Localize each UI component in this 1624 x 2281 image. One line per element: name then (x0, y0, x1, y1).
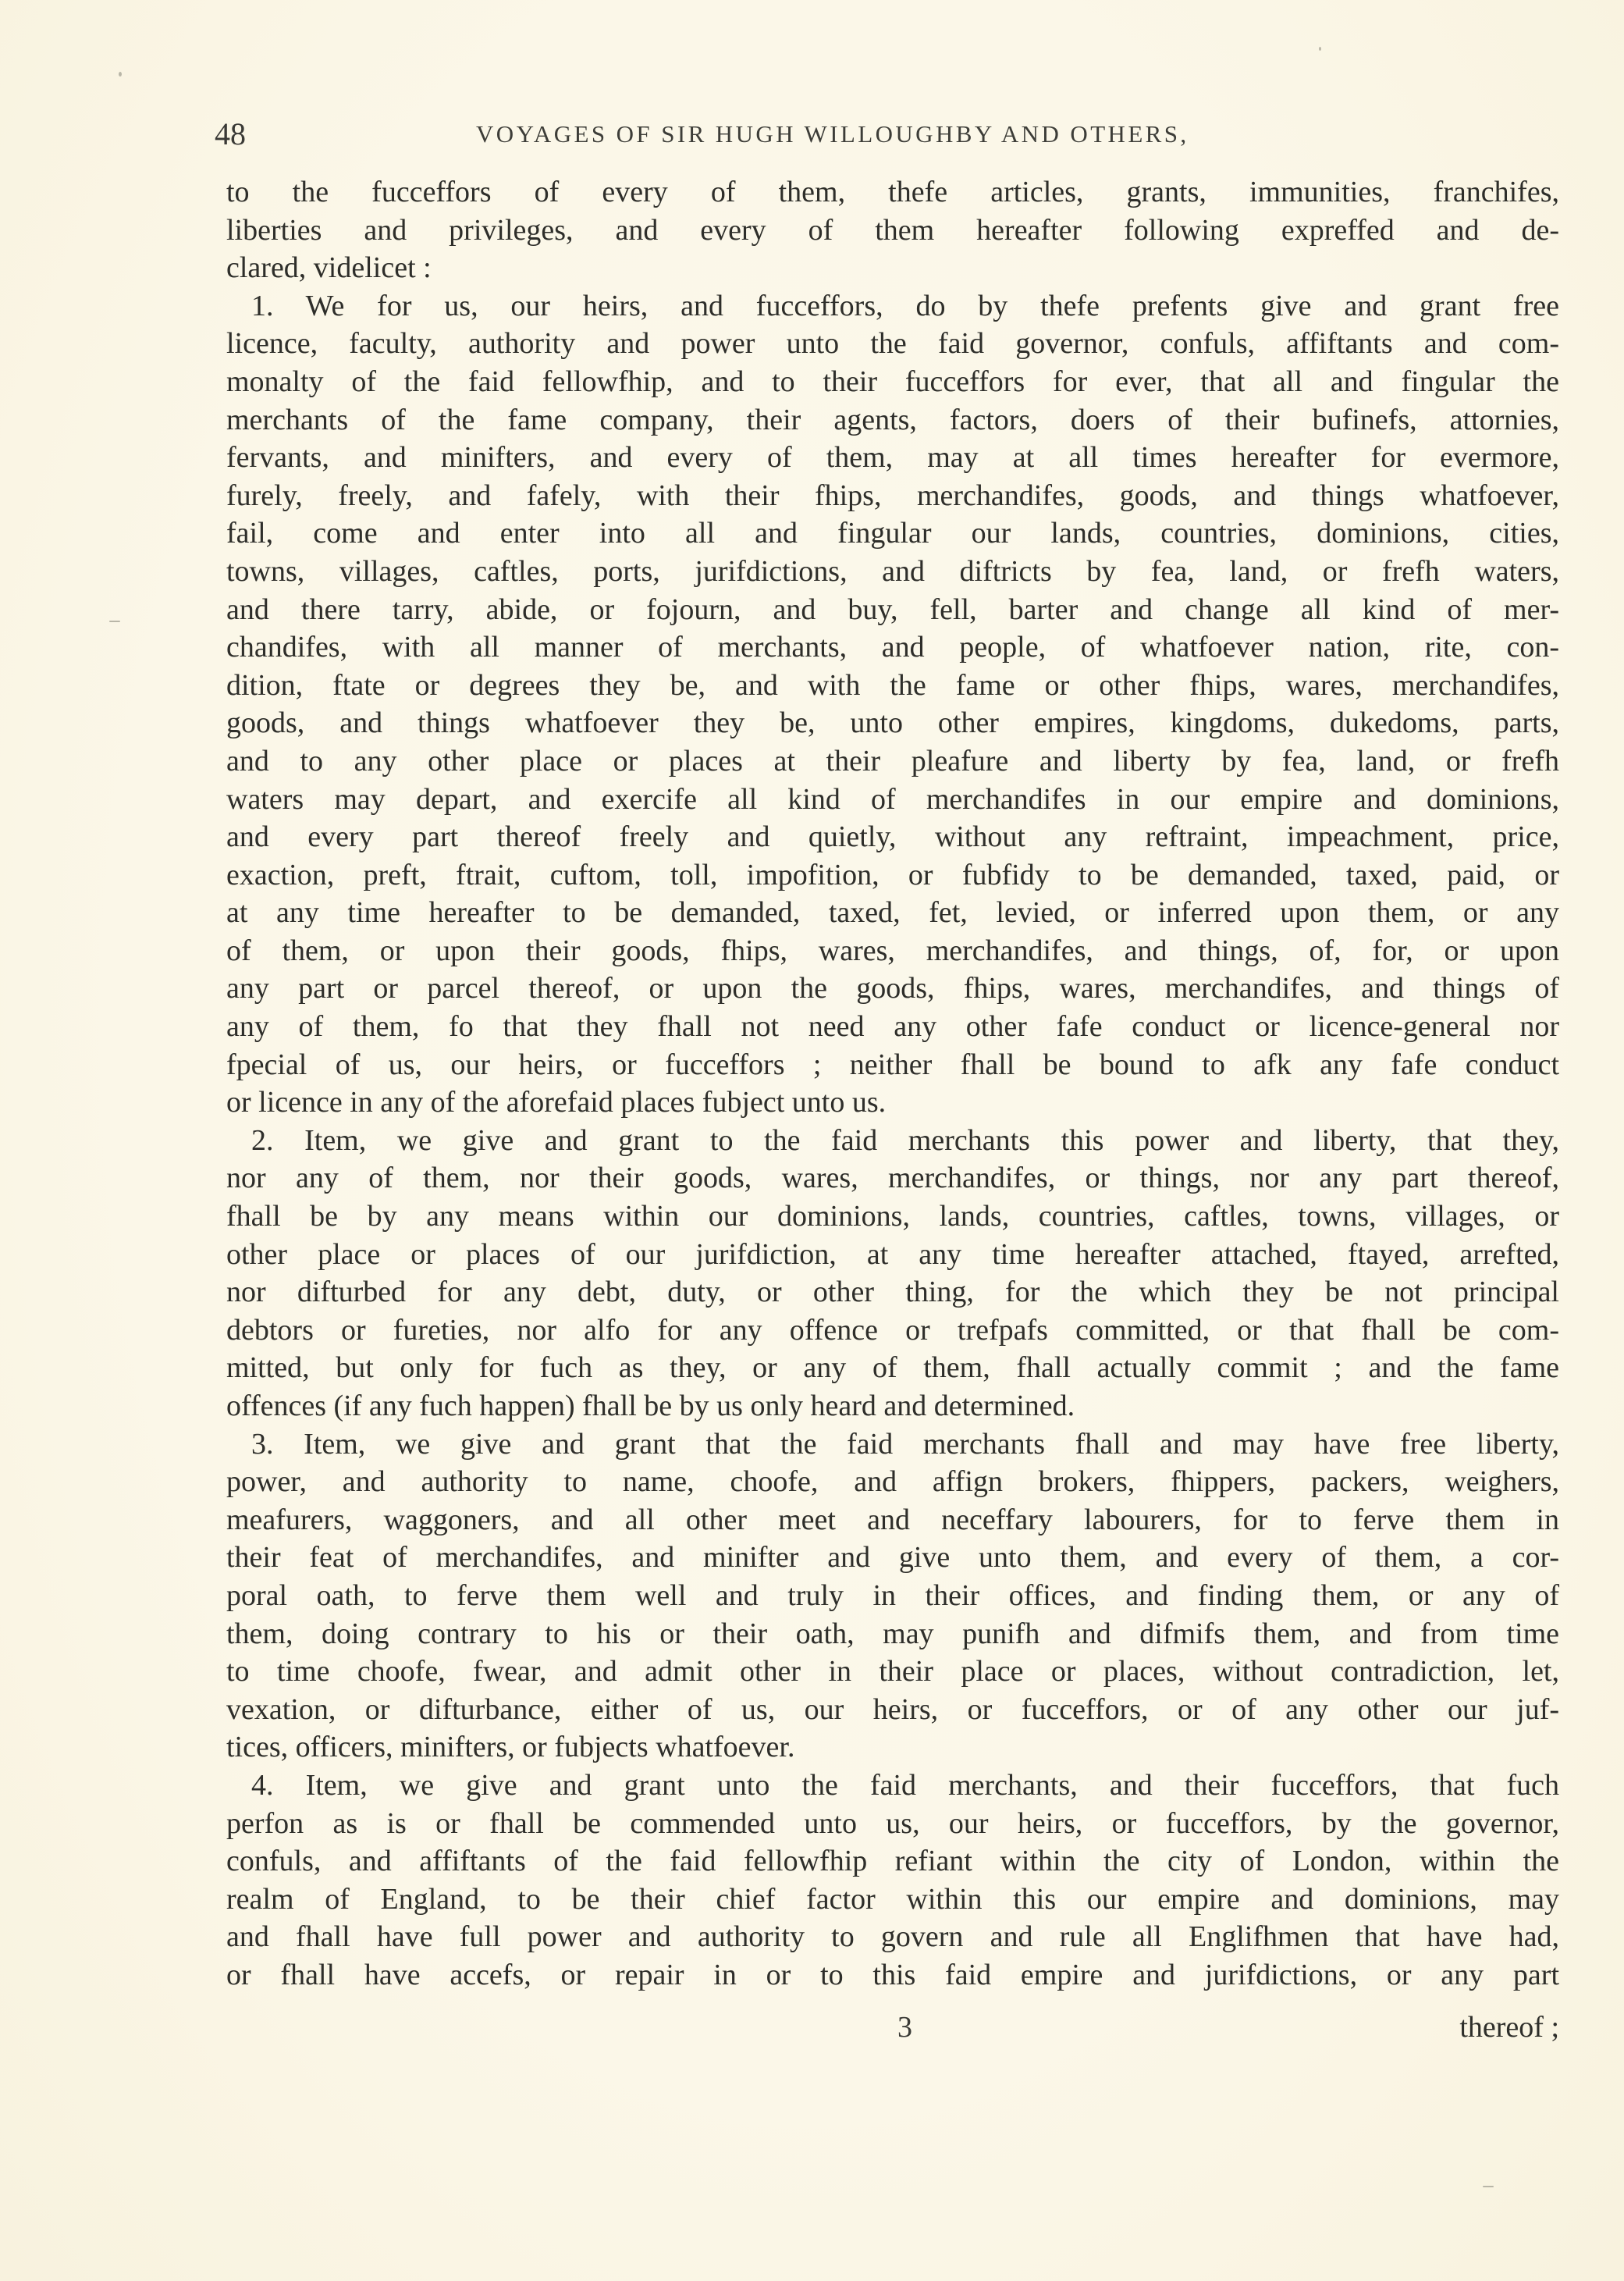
text-line: and to any other place or places at thei… (226, 742, 1559, 781)
text-line: goods, and things whatfoever they be, un… (226, 704, 1559, 742)
text-line: vexation, or difturbance, either of us, … (226, 1691, 1559, 1729)
page-number: 48 (215, 116, 246, 152)
text-line: furely, freely, and fafely, with their f… (226, 477, 1559, 515)
text-line: merchants of the fame company, their age… (226, 401, 1559, 439)
text-line: debtors or fureties, nor alfo for any of… (226, 1311, 1559, 1350)
running-head: 48 VOYAGES OF SIR HUGH WILLOUGHBY AND OT… (215, 116, 1572, 155)
text-line: nor difturbed for any debt, duty, or oth… (226, 1273, 1559, 1311)
text-line: perfon as is or fhall be commended unto … (226, 1805, 1559, 1843)
text-line: them, doing contrary to his or their oat… (226, 1615, 1559, 1653)
text-line: offences (if any fuch happen) fhall be b… (226, 1387, 1559, 1425)
text-line: meafurers, waggoners, and all other meet… (226, 1501, 1559, 1539)
text-line: and fhall have full power and authority … (226, 1918, 1559, 1956)
article-3-start: 3. Item, we give and grant that the faid… (226, 1425, 1559, 1464)
text-line: any of them, fo that they fhall not need… (226, 1008, 1559, 1046)
paper-speck (119, 72, 122, 77)
text-line: realm of England, to be their chief fact… (226, 1881, 1559, 1919)
text-line: licence, faculty, authority and power un… (226, 325, 1559, 363)
catchword: thereof ; (1459, 2010, 1559, 2044)
text-line: poral oath, to ferve them well and truly… (226, 1577, 1559, 1615)
book-page: 48 VOYAGES OF SIR HUGH WILLOUGHBY AND OT… (0, 0, 1624, 2281)
text-line: and there tarry, abide, or fojourn, and … (226, 591, 1559, 629)
paper-speck (109, 621, 120, 622)
text-line: confuls, and affiftants of the faid fell… (226, 1842, 1559, 1881)
article-1-start: 1. We for us, our heirs, and fucceffors,… (226, 287, 1559, 326)
running-title: VOYAGES OF SIR HUGH WILLOUGHBY AND OTHER… (476, 120, 1189, 148)
text-line: towns, villages, caftles, ports, jurifdi… (226, 553, 1559, 591)
signature-mark: 3 (897, 2010, 912, 2044)
paper-speck (1319, 47, 1321, 51)
text-line: or licence in any of the aforefaid place… (226, 1084, 1559, 1122)
text-line: dition, ftate or degrees they be, and wi… (226, 667, 1559, 705)
text-line: of them, or upon their goods, fhips, war… (226, 932, 1559, 970)
text-line: chandifes, with all manner of merchants,… (226, 628, 1559, 667)
text-line: clared, videlicet : (226, 249, 1559, 287)
text-line: to time choofe, fwear, and admit other i… (226, 1653, 1559, 1691)
text-line: fervants, and minifters, and every of th… (226, 439, 1559, 477)
article-2-start: 2. Item, we give and grant to the faid m… (226, 1122, 1559, 1160)
text-line: other place or places of our jurifdictio… (226, 1236, 1559, 1274)
text-line: or fhall have accefs, or repair in or to… (226, 1956, 1559, 1995)
text-line: any part or parcel thereof, or upon the … (226, 970, 1559, 1008)
text-line: their feat of merchandifes, and minifter… (226, 1539, 1559, 1577)
text-line: fpecial of us, our heirs, or fucceffors … (226, 1046, 1559, 1084)
text-line: nor any of them, nor their goods, wares,… (226, 1159, 1559, 1197)
text-line: waters may depart, and exercife all kind… (226, 781, 1559, 819)
text-line: power, and authority to name, choofe, an… (226, 1463, 1559, 1501)
text-line: at any time hereafter to be demanded, ta… (226, 894, 1559, 932)
text-line: fhall be by any means within our dominio… (226, 1197, 1559, 1236)
text-line: monalty of the faid fellowfhip, and to t… (226, 363, 1559, 401)
text-line: exaction, preft, ftrait, cuftom, toll, i… (226, 856, 1559, 895)
text-line: liberties and privileges, and every of t… (226, 212, 1559, 250)
text-line: fail, come and enter into all and fingul… (226, 514, 1559, 553)
paper-speck (1483, 2186, 1494, 2187)
article-4-start: 4. Item, we give and grant unto the faid… (226, 1767, 1559, 1805)
text-line: tices, officers, minifters, or fubjects … (226, 1728, 1559, 1767)
text-line: mitted, but only for fuch as they, or an… (226, 1349, 1559, 1387)
body-text: to the fucceffors of every of them, thef… (226, 173, 1559, 1995)
text-line: and every part thereof freely and quietl… (226, 818, 1559, 856)
text-line: to the fucceffors of every of them, thef… (226, 173, 1559, 212)
page-footer: 3 thereof ; (226, 2010, 1559, 2049)
